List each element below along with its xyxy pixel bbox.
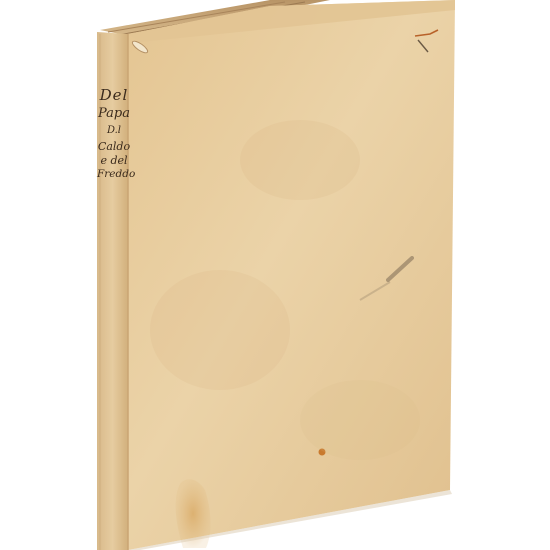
spine-line: Freddo xyxy=(97,169,131,180)
spine-line: e del xyxy=(97,155,131,166)
spine-title: Del Papa D.l Caldo e del Freddo xyxy=(97,88,131,180)
spine-line: Caldo xyxy=(97,141,131,152)
front-cover xyxy=(128,0,455,550)
spine-line: Papa xyxy=(97,107,131,120)
book-illustration xyxy=(0,0,550,550)
book-photo: Del Papa D.l Caldo e del Freddo xyxy=(0,0,550,550)
spine-line: Del xyxy=(97,88,131,103)
spine-line: D.l xyxy=(97,126,131,136)
